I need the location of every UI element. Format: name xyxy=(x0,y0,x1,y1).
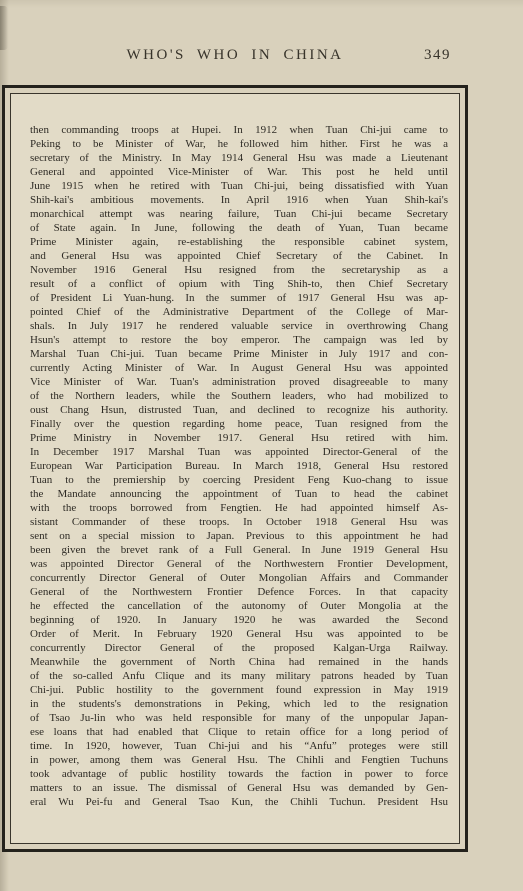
border-frame-inner: then commanding troops at Hupei. In 1912… xyxy=(10,93,460,844)
text-line: Order of Merit. In February 1920 General… xyxy=(30,627,448,641)
text-line: November 1916 General Hsu resigned from … xyxy=(30,263,448,277)
text-line: of Tsao Ju-lin who was held responsible … xyxy=(30,711,448,725)
text-line: time. In 1920, however, Tuan Chi-jui and… xyxy=(30,739,448,753)
text-line: Marshal Tuan Chi-jui. Tuan became Prime … xyxy=(30,347,448,361)
text-line: in the students's demonstrations in Peki… xyxy=(30,697,448,711)
text-line: Finally over the question regarding home… xyxy=(30,417,448,431)
text-line: been given the brevet rank of a Full Gen… xyxy=(30,543,448,557)
text-line: of President Li Yuan-hung. In the summer… xyxy=(30,291,448,305)
text-line: General and appointed Vice-Minister of W… xyxy=(30,165,448,179)
text-line: the Mandate announcing the appointment o… xyxy=(30,487,448,501)
text-line: General of the Northwestern Frontier Def… xyxy=(30,585,448,599)
text-line: currently Acting Minister of War. In Aug… xyxy=(30,361,448,375)
text-line: concurrently Director General of the pro… xyxy=(30,641,448,655)
border-frame: then commanding troops at Hupei. In 1912… xyxy=(2,85,468,852)
text-line: oust Chang Hsun, distrusted Tuan, and de… xyxy=(30,403,448,417)
text-line: was appointed Director General of the No… xyxy=(30,557,448,571)
text-line: and General Hsu was appointed Chief Secr… xyxy=(30,249,448,263)
text-line: concurrently Director General of Outer M… xyxy=(30,571,448,585)
text-line: of the so-called Anfu Clique and its man… xyxy=(30,669,448,683)
text-line: Vice Minister of War. Tuan's administrat… xyxy=(30,375,448,389)
text-line: Peking to be Minister of War, he followe… xyxy=(30,137,448,151)
text-line: of the Northern leaders, while the South… xyxy=(30,389,448,403)
text-line: ese loans that had enabled that Clique t… xyxy=(30,725,448,739)
text-line: Chi-jui. Public hostility to the governm… xyxy=(30,683,448,697)
text-line: matters to an issue. The dismissal of Ge… xyxy=(30,781,448,795)
running-title: WHO'S WHO IN CHINA xyxy=(2,45,468,65)
page-header: WHO'S WHO IN CHINA 349 xyxy=(2,45,468,67)
text-line: European War Participation Bureau. In Ma… xyxy=(30,459,448,473)
text-line: June 1915 when he retired with Tuan Chi-… xyxy=(30,179,448,193)
text-line: Hsun's attempt to restore the boy empero… xyxy=(30,333,448,347)
text-line: then commanding troops at Hupei. In 1912… xyxy=(30,123,448,137)
text-line: he effected the cancellation of the auto… xyxy=(30,599,448,613)
text-line: shals. In July 1917 he rendered valuable… xyxy=(30,319,448,333)
text-line: Meanwhile the government of North China … xyxy=(30,655,448,669)
text-line: In December 1917 Marshal Tuan was appoin… xyxy=(30,445,448,459)
text-line: of State again. In June, following the d… xyxy=(30,221,448,235)
text-line: beginning of 1920. In January 1920 he wa… xyxy=(30,613,448,627)
book-page: WHO'S WHO IN CHINA 349 then commanding t… xyxy=(0,0,523,891)
text-line: monarchical attempt was nearing failure,… xyxy=(30,207,448,221)
text-line: Prime Ministry in November 1917. General… xyxy=(30,431,448,445)
scan-edge-smudge xyxy=(0,6,8,50)
text-line: sistant Commander of these troops. In Oc… xyxy=(30,515,448,529)
text-line: took advantage of public hostility towar… xyxy=(30,767,448,781)
text-line: Shih-kai's ambitious movements. In April… xyxy=(30,193,448,207)
page-number: 349 xyxy=(424,45,451,65)
biography-text-block: then commanding troops at Hupei. In 1912… xyxy=(30,123,448,809)
text-line: Tuan to the premiership by coercing Pres… xyxy=(30,473,448,487)
text-line: result of a conflict of opium with Ting … xyxy=(30,277,448,291)
text-line: eral Wu Pei-fu and General Tsao Kun, the… xyxy=(30,795,448,809)
text-line: secretary of the Ministry. In May 1914 G… xyxy=(30,151,448,165)
text-line: with the troops borrowed from Fengtien. … xyxy=(30,501,448,515)
text-line: sent on a special mission to Japan. Prev… xyxy=(30,529,448,543)
text-line: pointed Chief of the Administrative Depa… xyxy=(30,305,448,319)
text-line: Prime Minister again, re-establishing th… xyxy=(30,235,448,249)
text-line: in power, among them was General Hsu. Th… xyxy=(30,753,448,767)
